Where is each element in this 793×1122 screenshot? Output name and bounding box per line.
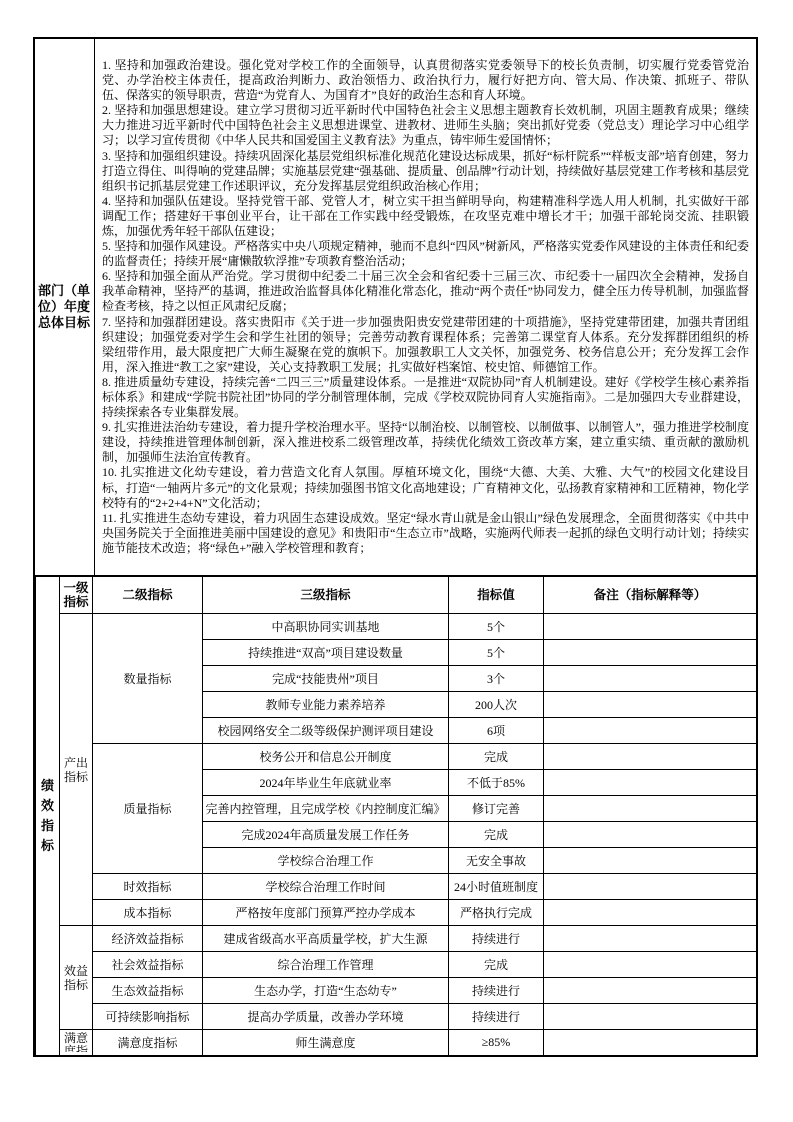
indicator-name-cell: 提高办学质量，改善办学环境 xyxy=(203,1004,449,1030)
level2-cell-cost: 成本指标 xyxy=(93,900,203,926)
level1-cell-benefit: 效益指标 xyxy=(60,926,93,1030)
indicator-name-cell: 中高职协同实训基地 xyxy=(203,614,449,640)
indicator-name-cell: 生态办学，打造“生态幼专” xyxy=(203,978,449,1004)
goals-content: 1. 坚持和加强政治建设。强化党对学校工作的全面领导，认真贯彻落实党委领导下的校… xyxy=(95,39,756,575)
indicator-value-cell: 5个 xyxy=(449,640,544,666)
note-cell xyxy=(544,640,757,666)
note-cell xyxy=(544,666,757,692)
goal-item-11: 11. 扎实推进生态幼专建设，着力巩固生态建设成效。坚定“绿水青山就是金山银山”… xyxy=(102,511,749,556)
goal-item-2: 2. 坚持和加强思想建设。建立学习贯彻习近平新时代中国特色社会主义思想主题教育长… xyxy=(102,103,749,148)
indicator-name-cell: 完成2024年高质量发展工作任务 xyxy=(203,822,449,848)
note-cell xyxy=(544,874,757,900)
indicator-name-cell: 学校综合治理工作 xyxy=(203,848,449,874)
level2-cell-satisfaction: 满意度指标 xyxy=(93,1030,203,1056)
goals-label: 部门（单位）年度总体目标 xyxy=(35,39,95,575)
level1-cell-output: 产出指标 xyxy=(60,614,93,926)
note-cell xyxy=(544,848,757,874)
level1-cell-satisfaction: 满意度指标 xyxy=(60,1030,93,1056)
header-level2: 二级指标 xyxy=(93,577,203,614)
note-cell xyxy=(544,692,757,718)
goal-item-5: 5. 坚持和加强作风建设。严格落实中央八项规定精神，驰而不息纠“四风”树新风，严… xyxy=(102,239,749,269)
note-cell xyxy=(544,614,757,640)
document-page: 部门（单位）年度总体目标 1. 坚持和加强政治建设。强化党对学校工作的全面领导，… xyxy=(0,0,793,1122)
header-level1: 一级指标 xyxy=(60,577,93,614)
table-row: 成本指标 严格按年度部门预算严控办学成本 严格执行完成 xyxy=(36,900,757,926)
annual-target-report: 部门（单位）年度总体目标 1. 坚持和加强政治建设。强化党对学校工作的全面领导，… xyxy=(33,37,758,1057)
note-cell xyxy=(544,822,757,848)
indicator-value-cell: 无安全事故 xyxy=(449,848,544,874)
indicator-value-cell: 严格执行完成 xyxy=(449,900,544,926)
note-cell xyxy=(544,900,757,926)
goal-item-9: 9. 扎实推进法治幼专建设，着力提升学校治理水平。坚持“以制治校、以制管校、以制… xyxy=(102,420,749,465)
table-row: 社会效益指标 综合治理工作管理 完成 xyxy=(36,952,757,978)
level2-cell-timeliness: 时效指标 xyxy=(93,874,203,900)
indicator-value-cell: 完成 xyxy=(449,744,544,770)
indicator-name-cell: 完善内控管理，且完成学校《内控制度汇编》 xyxy=(203,796,449,822)
indicator-value-cell: 3个 xyxy=(449,666,544,692)
level2-cell-quality: 质量指标 xyxy=(93,744,203,874)
table-row: 质量指标 校务公开和信息公开制度 完成 xyxy=(36,744,757,770)
indicator-value-cell: 不低于85% xyxy=(449,770,544,796)
note-cell xyxy=(544,744,757,770)
table-row: 可持续影响指标 提高办学质量，改善办学环境 持续进行 xyxy=(36,1004,757,1030)
level2-cell-economic: 经济效益指标 xyxy=(93,926,203,952)
level2-cell-ecological: 生态效益指标 xyxy=(93,978,203,1004)
goal-item-7: 7. 坚持和加强群团建设。落实贵阳市《关于进一步加强贵阳贵安党建带团建的十项措施… xyxy=(102,315,749,375)
indicator-table: 绩效指标 一级指标 二级指标 三级指标 指标值 备注（指标解释等） 产出指标 数… xyxy=(35,576,757,1056)
indicator-name-cell: 持续推进“双高”项目建设数量 xyxy=(203,640,449,666)
note-cell xyxy=(544,796,757,822)
indicator-name-cell: 综合治理工作管理 xyxy=(203,952,449,978)
note-cell xyxy=(544,770,757,796)
note-cell xyxy=(544,1004,757,1030)
indicator-name-cell: 校园网络安全二级等级保护测评项目建设 xyxy=(203,718,449,744)
note-cell xyxy=(544,978,757,1004)
indicator-name-cell: 教师专业能力素养培养 xyxy=(203,692,449,718)
indicator-name-cell: 学校综合治理工作时间 xyxy=(203,874,449,900)
indicator-value-cell: 持续进行 xyxy=(449,1004,544,1030)
indicator-value-cell: 持续进行 xyxy=(449,926,544,952)
table-row: 生态效益指标 生态办学，打造“生态幼专” 持续进行 xyxy=(36,978,757,1004)
table-row: 时效指标 学校综合治理工作时间 24小时值班制度 xyxy=(36,874,757,900)
indicator-name-cell: 校务公开和信息公开制度 xyxy=(203,744,449,770)
indicator-value-cell: ≥85% xyxy=(449,1030,544,1056)
goal-item-6: 6. 坚持和加强全面从严治党。学习贯彻中纪委二十届三次全会和省纪委十三届三次、市… xyxy=(102,269,749,314)
indicator-name-cell: 建成省级高水平高质量学校，扩大生源 xyxy=(203,926,449,952)
clipped-label: 满意度指标 xyxy=(63,1032,89,1052)
table-row: 产出指标 数量指标 中高职协同实训基地 5个 xyxy=(36,614,757,640)
goal-item-8: 8. 推进质量幼专建设，持续完善“二四三三”质量建设体系。一是推进“双院协同”育… xyxy=(102,375,749,420)
note-cell xyxy=(544,952,757,978)
indicator-value-cell: 持续进行 xyxy=(449,978,544,1004)
header-level3: 三级指标 xyxy=(203,577,449,614)
level2-cell-sustainable: 可持续影响指标 xyxy=(93,1004,203,1030)
indicator-value-cell: 200人次 xyxy=(449,692,544,718)
indicator-value-cell: 完成 xyxy=(449,822,544,848)
table-row: 满意度指标 满意度指标 师生满意度 ≥85% xyxy=(36,1030,757,1056)
note-cell xyxy=(544,926,757,952)
indicator-value-cell: 修订完善 xyxy=(449,796,544,822)
header-value: 指标值 xyxy=(449,577,544,614)
indicator-name-cell: 完成“技能贵州”项目 xyxy=(203,666,449,692)
note-cell xyxy=(544,718,757,744)
indicator-value-cell: 6项 xyxy=(449,718,544,744)
goals-section: 部门（单位）年度总体目标 1. 坚持和加强政治建设。强化党对学校工作的全面领导，… xyxy=(35,39,756,576)
indicator-value-cell: 5个 xyxy=(449,614,544,640)
indicator-name-cell: 严格按年度部门预算严控办学成本 xyxy=(203,900,449,926)
goal-item-10: 10. 扎实推进文化幼专建设，着力营造文化育人氛围。厚植环境文化，围绕“大德、大… xyxy=(102,465,749,510)
level0-cell-performance: 绩效指标 xyxy=(36,577,60,1056)
indicator-name-cell: 师生满意度 xyxy=(203,1030,449,1056)
indicator-value-cell: 24小时值班制度 xyxy=(449,874,544,900)
note-cell xyxy=(544,1030,757,1056)
table-row: 效益指标 经济效益指标 建成省级高水平高质量学校，扩大生源 持续进行 xyxy=(36,926,757,952)
indicator-name-cell: 2024年毕业生年底就业率 xyxy=(203,770,449,796)
header-note: 备注（指标解释等） xyxy=(544,577,757,614)
level2-cell-quantity: 数量指标 xyxy=(93,614,203,744)
goal-item-1: 1. 坚持和加强政治建设。强化党对学校工作的全面领导，认真贯彻落实党委领导下的校… xyxy=(102,58,749,103)
goal-item-3: 3. 坚持和加强组织建设。持续巩固深化基层党组织标准化规范化建设达标成果，抓好“… xyxy=(102,149,749,194)
table-header-row: 绩效指标 一级指标 二级指标 三级指标 指标值 备注（指标解释等） xyxy=(36,577,757,614)
level2-cell-social: 社会效益指标 xyxy=(93,952,203,978)
indicator-value-cell: 完成 xyxy=(449,952,544,978)
goal-item-4: 4. 坚持和加强队伍建设。坚持党管干部、党管人才，树立实干担当鲜明导向，构建精准… xyxy=(102,194,749,239)
